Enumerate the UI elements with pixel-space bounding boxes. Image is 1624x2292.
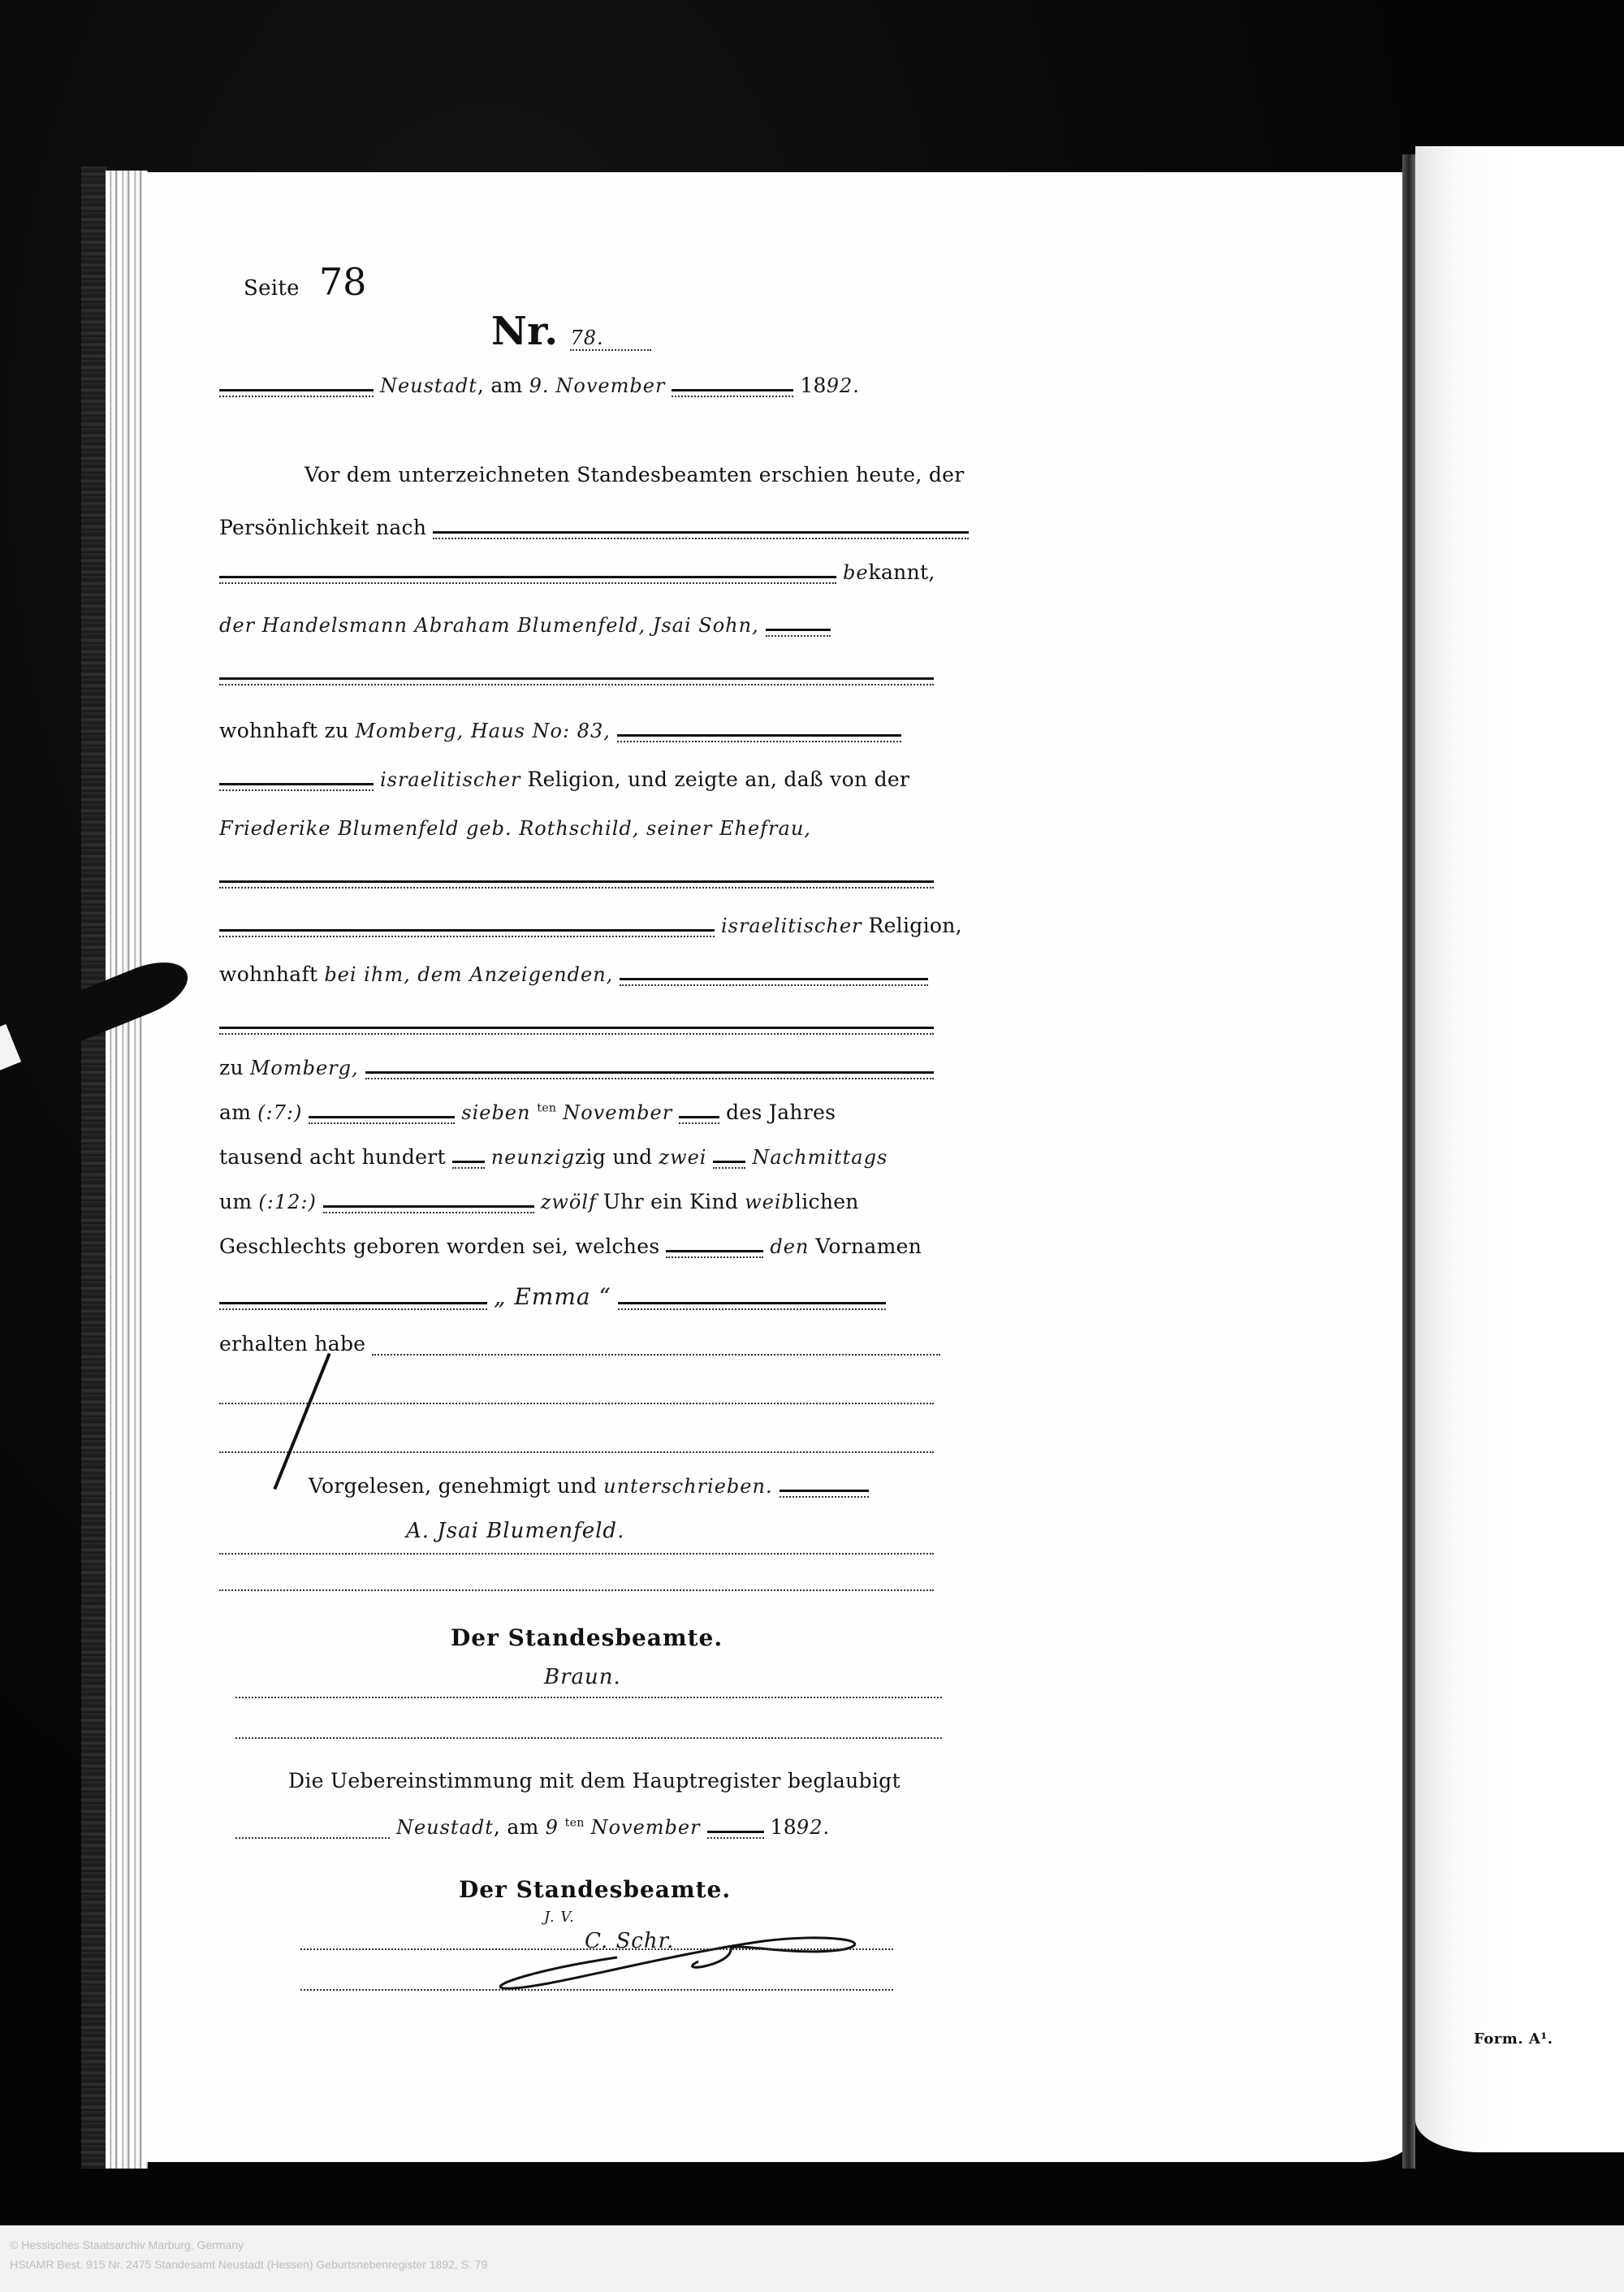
line-birth-hour: um (:12:) zwölf Uhr ein Kind weiblichen	[219, 1190, 950, 1230]
year-prefix: 18	[771, 1815, 797, 1839]
blank-dotted-line	[219, 1429, 950, 1470]
registrar-heading: Der Standesbeamte.	[451, 1624, 723, 1651]
register-page-right	[1415, 146, 1624, 2152]
printed-ten: ten	[537, 1102, 556, 1115]
birth-hour-number: (:12:)	[258, 1191, 316, 1213]
printed-text: erhalten habe	[219, 1332, 365, 1356]
time-of-day: Nachmittags	[752, 1146, 888, 1169]
page-stack-edges	[106, 171, 148, 2169]
registrar-signature: Braun.	[544, 1665, 621, 1689]
scanned-register-image: Form. A¹. Seite78 Nr. 78. Neustadt, am 9…	[0, 0, 1624, 2225]
printed-text: um	[219, 1190, 252, 1213]
certification-date-line: Neustadt, am 9 ten November 1892.	[235, 1815, 966, 1856]
month: November	[555, 374, 665, 397]
certification-heading: Der Standesbeamte.	[459, 1876, 731, 1903]
printed-text: kannt,	[869, 560, 935, 584]
book-cover-edge	[81, 166, 107, 2169]
form-label: Form. A¹.	[1474, 2030, 1553, 2048]
certification-month: November	[591, 1816, 701, 1839]
printed-text: zig und	[575, 1145, 652, 1169]
year-prefix: 18	[800, 374, 826, 397]
signature-dotted-line	[300, 1986, 893, 1991]
line-informant-signature: A. Jsai Blumenfeld.	[219, 1519, 950, 1559]
mother-name: Friederike Blumenfeld geb. Rothschild, s…	[219, 817, 811, 840]
printed-text: am	[219, 1101, 251, 1124]
blank-rule-line	[219, 865, 950, 906]
year-suffix: 92.	[797, 1816, 830, 1839]
handwritten-text: be	[843, 561, 869, 584]
printed-text: Vornamen	[815, 1235, 922, 1258]
printed-text: des Jahres	[726, 1101, 836, 1124]
printed-text: Persönlichkeit nach	[219, 516, 426, 539]
blank-rule-line	[219, 662, 950, 703]
printed-text: Vor dem unterzeichneten Standesbeamten e…	[304, 463, 965, 487]
signature-flourish	[487, 1925, 877, 1990]
line-erhalten: erhalten habe	[219, 1332, 950, 1373]
birth-hour-word: zwölf	[541, 1191, 597, 1213]
printed-text: Uhr ein Kind	[603, 1190, 738, 1213]
entry-number-block: Nr. 78.	[491, 309, 651, 354]
blank-dotted-line	[219, 1381, 950, 1421]
signature-dotted-line	[235, 1734, 942, 1739]
date-connector: , am	[477, 374, 523, 397]
line-persoenlichkeit: Persönlichkeit nach	[219, 516, 950, 556]
place-date-line: Neustadt, am 9. November 1892.	[219, 374, 950, 414]
entry-number: 78.	[570, 327, 651, 351]
date-connector: , am	[494, 1815, 539, 1839]
footer-copyright: © Hessisches Staatsarchiv Marburg, Germa…	[10, 2235, 1614, 2255]
year-units: zwei	[659, 1146, 706, 1169]
line-place: zu Momberg,	[219, 1056, 950, 1096]
year-tens: neunzig	[491, 1146, 575, 1169]
entry-label: Nr.	[491, 309, 558, 354]
line-mother-residence: wohnhaft bei ihm, dem Anzeigenden,	[219, 962, 950, 1003]
printed-text: Religion,	[868, 914, 961, 937]
printed-text: tausend acht hundert	[219, 1145, 446, 1169]
birth-place: Momberg,	[250, 1057, 359, 1079]
handwritten-text: den	[770, 1235, 809, 1258]
line-mother-name: Friederike Blumenfeld geb. Rothschild, s…	[219, 816, 950, 857]
line-birth-year: tausend acht hundert neunzigzig und zwei…	[219, 1145, 950, 1186]
printed-text: zu	[219, 1056, 244, 1079]
certification-day: 9	[546, 1816, 559, 1839]
printed-text: wohnhaft	[219, 962, 317, 986]
printed-text: wohnhaft zu	[219, 719, 348, 742]
page-label: Seite	[244, 276, 300, 301]
archive-footer: © Hessisches Staatsarchiv Marburg, Germa…	[0, 2225, 1624, 2292]
child-given-name: „ Emma “	[494, 1283, 611, 1310]
signature-dotted-line	[300, 1945, 893, 1950]
day: 9.	[529, 374, 550, 397]
line-informant-name: der Handelsmann Abraham Blumenfeld, Jsai…	[219, 613, 950, 654]
mother-residence: bei ihm, dem Anzeigenden,	[324, 963, 613, 986]
signature-dotted-line	[235, 1693, 942, 1698]
printed-text: lichen	[795, 1190, 859, 1213]
printed-ten: ten	[565, 1817, 585, 1830]
printed-text: Geschlechts geboren worden sei, welches	[219, 1235, 659, 1258]
informant-religion: israelitischer	[380, 768, 521, 791]
place: Neustadt	[380, 374, 477, 397]
page-number-block: Seite78	[244, 260, 366, 304]
mother-religion: israelitischer	[721, 915, 862, 937]
line-bekannt: bekannt,	[219, 560, 950, 601]
blank-rule-line	[219, 1011, 950, 1052]
line-birth-day: am (:7:) sieben ten November des Jahres	[219, 1101, 950, 1141]
birth-day-number: (:7:)	[257, 1101, 302, 1124]
certification-sig-prefix: J. V.	[544, 1909, 575, 1926]
printed-text: Vorgelesen, genehmigt und	[309, 1474, 597, 1498]
footer-citation: HStAMR Best. 915 Nr. 2475 Standesamt Neu…	[10, 2255, 1614, 2274]
handwritten-text: unterschrieben.	[603, 1475, 772, 1498]
informant-name: der Handelsmann Abraham Blumenfeld, Jsai…	[219, 614, 759, 637]
printed-text: Religion, und zeigte an, daß von der	[527, 768, 909, 791]
line-religion-2: israelitischer Religion,	[219, 914, 950, 954]
informant-residence: Momberg, Haus No: 83,	[355, 720, 610, 742]
line-child-name: „ Emma “	[219, 1283, 950, 1324]
line-intro: Vor dem unterzeichneten Standesbeamten e…	[219, 463, 950, 504]
certification-place: Neustadt	[396, 1816, 494, 1839]
birth-day-word: sieben	[461, 1101, 530, 1124]
line-residence: wohnhaft zu Momberg, Haus No: 83,	[219, 719, 950, 759]
certification-text: Die Uebereinstimmung mit dem Hauptregist…	[288, 1769, 901, 1793]
year-suffix: 92.	[827, 374, 860, 397]
informant-signature: A. Jsai Blumenfeld.	[406, 1519, 624, 1543]
line-given-name-intro: Geschlechts geboren worden sei, welches …	[219, 1235, 950, 1275]
book-gutter	[1402, 154, 1415, 2169]
blank-dotted-line	[219, 1568, 950, 1608]
line-religion-1: israelitischer Religion, und zeigte an, …	[219, 768, 950, 808]
birth-month: November	[563, 1101, 672, 1124]
child-sex: weib	[745, 1191, 795, 1213]
line-read-approved: Vorgelesen, genehmigt und unterschrieben…	[219, 1474, 950, 1515]
page-number: 78	[319, 260, 367, 304]
